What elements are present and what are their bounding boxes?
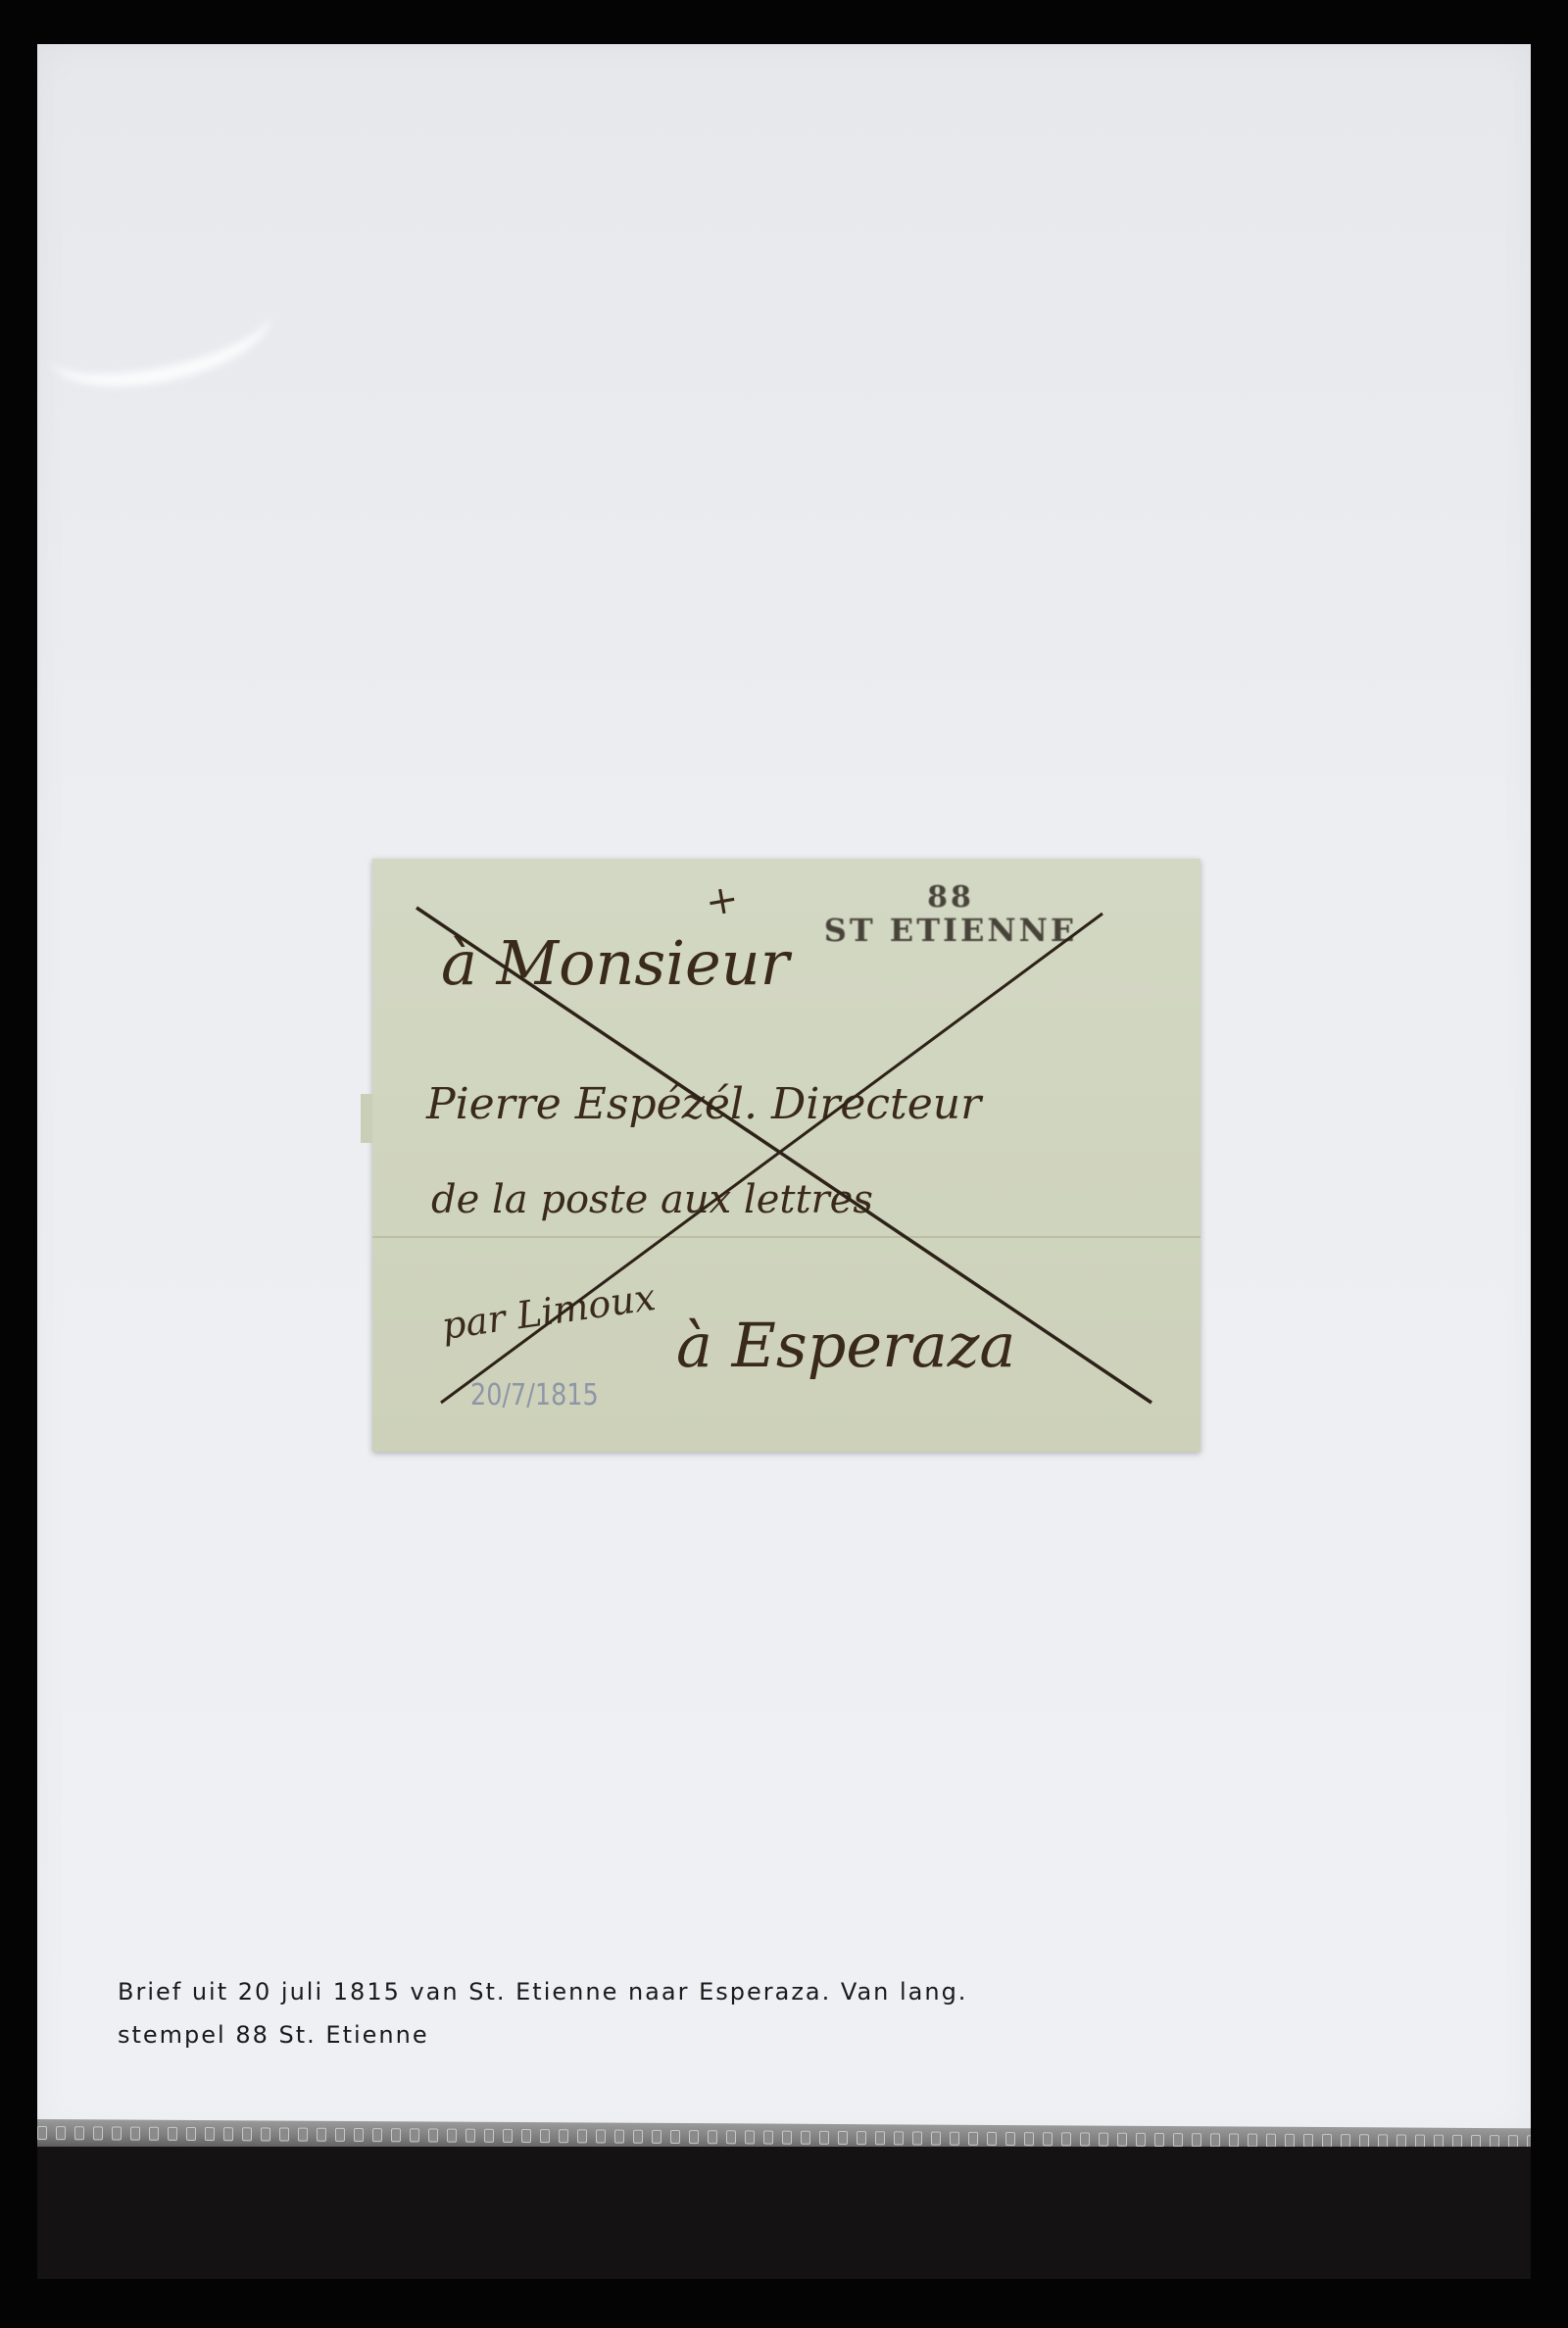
binder-hole: [279, 2128, 289, 2142]
binder-hole: [801, 2131, 810, 2145]
binder-hole: [857, 2131, 866, 2145]
binder-hole: [726, 2130, 736, 2144]
binder-hole: [1248, 2134, 1257, 2148]
binder-hole: [1210, 2133, 1220, 2147]
binder-hole: [1117, 2133, 1127, 2147]
cancel-cross: [372, 859, 1200, 1452]
binder-hole: [56, 2126, 66, 2140]
binder-hole: [484, 2129, 494, 2143]
binder-hole: [205, 2127, 215, 2141]
binder-hole: [1005, 2132, 1015, 2146]
binder-hole: [149, 2127, 159, 2141]
binder-hole: [875, 2131, 885, 2145]
binder-hole: [503, 2129, 513, 2143]
binder-hole: [37, 2126, 47, 2140]
binder-hole: [130, 2127, 140, 2141]
binder-hole: [1266, 2134, 1276, 2148]
binder-hole: [1229, 2133, 1239, 2147]
binder-hole: [894, 2131, 904, 2145]
binder-hole: [596, 2129, 606, 2143]
binder-hole: [1285, 2134, 1295, 2148]
binder-hole: [335, 2128, 345, 2142]
binder-hole: [391, 2128, 401, 2142]
binder-hole: [1154, 2133, 1164, 2147]
binder-hole: [745, 2130, 755, 2144]
binder-hole: [74, 2126, 84, 2140]
binder-hole: [168, 2127, 177, 2141]
binder-hole: [614, 2130, 624, 2144]
caption-line-1: Brief uit 20 juli 1815 van St. Etienne n…: [118, 1978, 967, 2006]
binder-hole: [242, 2127, 252, 2141]
handwritten-caption: Brief uit 20 juli 1815 van St. Etienne n…: [118, 1970, 1490, 2056]
binder-hole: [1173, 2133, 1183, 2147]
binder-hole: [1061, 2132, 1071, 2146]
binder-hole: [465, 2129, 475, 2143]
binder-hole: [782, 2131, 792, 2145]
binder-hole: [689, 2130, 699, 2144]
cross-stroke-2: [441, 914, 1102, 1403]
binder-hole: [540, 2129, 550, 2143]
binder-hole: [1192, 2133, 1201, 2147]
binder-hole: [410, 2128, 419, 2142]
binder-hole: [819, 2131, 829, 2145]
binder-hole: [708, 2130, 717, 2144]
binder-hole: [652, 2130, 661, 2144]
binder-hole: [317, 2128, 326, 2142]
binder-hole: [372, 2128, 382, 2142]
binder-hole: [987, 2132, 997, 2146]
cross-stroke-1: [416, 908, 1151, 1403]
binder-hole: [447, 2129, 457, 2143]
binder-hole: [521, 2129, 531, 2143]
binder-hole: [670, 2130, 680, 2144]
binder-hole: [112, 2126, 122, 2140]
binder-hole: [223, 2127, 233, 2141]
binder-hole: [186, 2127, 196, 2141]
binder-hole: [1043, 2132, 1053, 2146]
binder-hole: [354, 2128, 364, 2142]
binder-hole: [633, 2130, 643, 2144]
binder-hole: [261, 2127, 270, 2141]
binder-hole: [559, 2129, 568, 2143]
plastic-glare: [40, 267, 280, 404]
binder-hole: [93, 2126, 103, 2140]
caption-line-2: stempel 88 St. Etienne: [118, 2013, 1490, 2056]
binder-hole: [950, 2132, 959, 2146]
binder-hole: [1303, 2134, 1313, 2148]
binder-hole: [298, 2128, 308, 2142]
binder-hole: [577, 2129, 587, 2143]
binder-hole: [968, 2132, 978, 2146]
binder-hole: [1080, 2132, 1090, 2146]
envelope-side-flap: [361, 1094, 372, 1143]
dark-base: [37, 2147, 1531, 2279]
cover-letter: 88 ST ETIENNE + à Monsieur Pierre Espézé…: [372, 859, 1200, 1452]
binder-hole: [931, 2132, 941, 2146]
binder-hole: [838, 2131, 848, 2145]
binder-hole: [763, 2131, 773, 2145]
binder-hole: [428, 2128, 438, 2142]
binder-hole: [1024, 2132, 1034, 2146]
binder-hole: [1322, 2134, 1332, 2148]
binder-hole: [912, 2131, 922, 2145]
binder-hole: [1136, 2133, 1146, 2147]
binder-hole: [1099, 2133, 1108, 2147]
